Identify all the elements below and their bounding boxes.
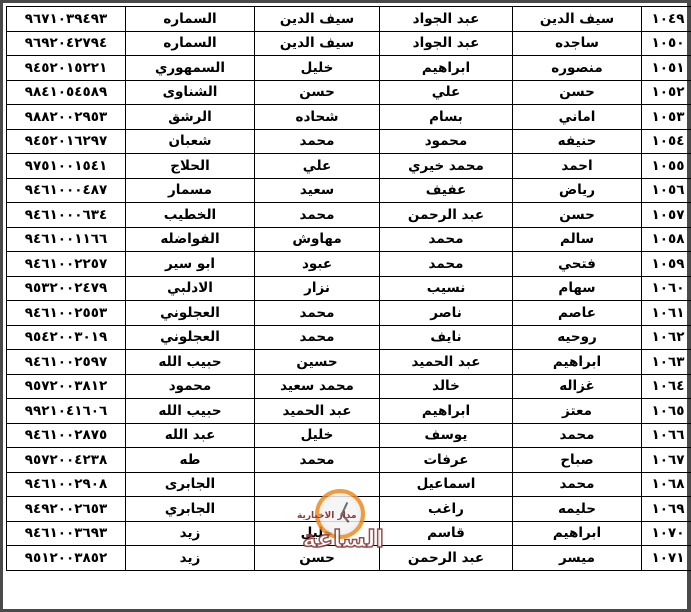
- first-name-cell: حليمه: [513, 497, 642, 522]
- national-id-cell: ٩٧٥١٠٠١٥٤١: [7, 154, 126, 179]
- grandfather-name-cell: سعيد: [255, 178, 380, 203]
- table-row: ١٠٦٣ابراهيمعبد الحميدحسينحبيب الله٩٤٦١٠٠…: [7, 350, 691, 375]
- row-number-cell: ١٠٥٩: [642, 252, 691, 277]
- row-number-cell: ١٠٦٦: [642, 423, 691, 448]
- family-name-cell: العجلوني: [126, 325, 255, 350]
- grandfather-name-cell: [255, 472, 380, 497]
- national-id-cell: ٩٨٤١٠٥٤٥٨٩: [7, 80, 126, 105]
- document-frame: ١٠٤٩سيف الدينعبد الجوادسيف الدينالسماره٩…: [0, 0, 691, 612]
- first-name-cell: حسن: [513, 80, 642, 105]
- national-id-cell: ٩٤٦١٠٠٣٦٩٣: [7, 521, 126, 546]
- row-number-cell: ١٠٤٩: [642, 7, 691, 32]
- table-row: ١٠٦٧صباحعرفاتمحمدطه٩٥٧٢٠٠٤٢٣٨: [7, 448, 691, 473]
- family-name-cell: السماره: [126, 7, 255, 32]
- family-name-cell: السماره: [126, 31, 255, 56]
- grandfather-name-cell: حسن: [255, 546, 380, 571]
- father-name-cell: محمد: [380, 252, 513, 277]
- father-name-cell: محمود: [380, 129, 513, 154]
- father-name-cell: عفيف: [380, 178, 513, 203]
- family-name-cell: زيد: [126, 521, 255, 546]
- father-name-cell: بسام: [380, 105, 513, 130]
- grandfather-name-cell: خليل: [255, 521, 380, 546]
- grandfather-name-cell: حسين: [255, 350, 380, 375]
- row-number-cell: ١٠٥٢: [642, 80, 691, 105]
- row-number-cell: ١٠٦٧: [642, 448, 691, 473]
- family-name-cell: الجابرى: [126, 472, 255, 497]
- row-number-cell: ١٠٥١: [642, 56, 691, 81]
- first-name-cell: محمد: [513, 472, 642, 497]
- father-name-cell: عبد الحميد: [380, 350, 513, 375]
- table-row: ١٠٥٥احمدمحمد خيريعليالحلاج٩٧٥١٠٠١٥٤١: [7, 154, 691, 179]
- table-row: ١٠٤٩سيف الدينعبد الجوادسيف الدينالسماره٩…: [7, 7, 691, 32]
- father-name-cell: عبد الرحمن: [380, 203, 513, 228]
- father-name-cell: ابراهيم: [380, 56, 513, 81]
- grandfather-name-cell: محمد: [255, 325, 380, 350]
- father-name-cell: محمد: [380, 227, 513, 252]
- family-name-cell: شعبان: [126, 129, 255, 154]
- family-name-cell: مسمار: [126, 178, 255, 203]
- national-id-cell: ٩٩٢١٠٤١٦٠٦: [7, 399, 126, 424]
- row-number-cell: ١٠٥٤: [642, 129, 691, 154]
- table-row: ١٠٥٠ساجدهعبد الجوادسيف الدينالسماره٩٦٩٢٠…: [7, 31, 691, 56]
- first-name-cell: حنيفه: [513, 129, 642, 154]
- table-row: ١٠٦٦محمديوسفخليلعبد الله٩٤٦١٠٠٢٨٧٥: [7, 423, 691, 448]
- row-number-cell: ١٠٥٠: [642, 31, 691, 56]
- row-number-cell: ١٠٦٣: [642, 350, 691, 375]
- table-row: ١٠٥٩فتحيمحمدعبودابو سير٩٤٦١٠٠٢٢٥٧: [7, 252, 691, 277]
- grandfather-name-cell: محمد سعيد: [255, 374, 380, 399]
- national-id-cell: ٩٤٦١٠٠٢٢٥٧: [7, 252, 126, 277]
- first-name-cell: سيف الدين: [513, 7, 642, 32]
- father-name-cell: محمد خيري: [380, 154, 513, 179]
- names-table-body: ١٠٤٩سيف الدينعبد الجوادسيف الدينالسماره٩…: [7, 7, 691, 571]
- row-number-cell: ١٠٦٤: [642, 374, 691, 399]
- grandfather-name-cell: نزار: [255, 276, 380, 301]
- father-name-cell: ابراهيم: [380, 399, 513, 424]
- row-number-cell: ١٠٦٨: [642, 472, 691, 497]
- father-name-cell: خالد: [380, 374, 513, 399]
- table-row: ١٠٧٠ابراهيمقاسمخليلزيد٩٤٦١٠٠٣٦٩٣: [7, 521, 691, 546]
- national-id-cell: ٩٥٧٢٠٠٤٢٣٨: [7, 448, 126, 473]
- national-id-cell: ٩٥٤٢٠٠٣٠١٩: [7, 325, 126, 350]
- father-name-cell: نسيب: [380, 276, 513, 301]
- row-number-cell: ١٠٧٠: [642, 521, 691, 546]
- father-name-cell: اسماعيل: [380, 472, 513, 497]
- family-name-cell: زيد: [126, 546, 255, 571]
- row-number-cell: ١٠٥٧: [642, 203, 691, 228]
- family-name-cell: طه: [126, 448, 255, 473]
- father-name-cell: ناصر: [380, 301, 513, 326]
- row-number-cell: ١٠٦٩: [642, 497, 691, 522]
- first-name-cell: روحيه: [513, 325, 642, 350]
- table-row: ١٠٥٣امانيبسامشحادهالرشق٩٨٨٢٠٠٢٩٥٣: [7, 105, 691, 130]
- grandfather-name-cell: سيف الدين: [255, 7, 380, 32]
- national-id-cell: ٩٤٦١٠٠٢٩٠٨: [7, 472, 126, 497]
- row-number-cell: ١٠٥٦: [642, 178, 691, 203]
- national-id-cell: ٩٥١٢٠٠٣٨٥٢: [7, 546, 126, 571]
- first-name-cell: منصوره: [513, 56, 642, 81]
- first-name-cell: ابراهيم: [513, 521, 642, 546]
- grandfather-name-cell: [255, 497, 380, 522]
- table-row: ١٠٦١عاصمناصرمحمدالعجلوني٩٤٦١٠٠٢٥٥٣: [7, 301, 691, 326]
- national-id-cell: ٩٤٩٢٠٠٢٦٥٣: [7, 497, 126, 522]
- table-row: ١٠٦٠سهامنسيبنزارالادلبي٩٥٣٢٠٠٢٤٧٩: [7, 276, 691, 301]
- row-number-cell: ١٠٧١: [642, 546, 691, 571]
- family-name-cell: الحلاج: [126, 154, 255, 179]
- grandfather-name-cell: محمد: [255, 203, 380, 228]
- row-number-cell: ١٠٥٨: [642, 227, 691, 252]
- first-name-cell: ساجده: [513, 31, 642, 56]
- national-id-cell: ٩٦٧١٠٣٩٤٩٣: [7, 7, 126, 32]
- first-name-cell: ميسر: [513, 546, 642, 571]
- national-id-cell: ٩٤٦١٠٠٢٥٥٣: [7, 301, 126, 326]
- family-name-cell: ابو سير: [126, 252, 255, 277]
- national-id-cell: ٩٤٦١٠٠٠٦٣٤: [7, 203, 126, 228]
- table-row: ١٠٥٧حسنعبد الرحمنمحمدالخطيب٩٤٦١٠٠٠٦٣٤: [7, 203, 691, 228]
- grandfather-name-cell: حسن: [255, 80, 380, 105]
- national-id-cell: ٩٤٥٢٠١٦٢٩٧: [7, 129, 126, 154]
- family-name-cell: الخطيب: [126, 203, 255, 228]
- father-name-cell: عبد الجواد: [380, 31, 513, 56]
- family-name-cell: الجابري: [126, 497, 255, 522]
- table-row: ١٠٦٩حليمهراغبالجابري٩٤٩٢٠٠٢٦٥٣: [7, 497, 691, 522]
- father-name-cell: عبد الرحمن: [380, 546, 513, 571]
- family-name-cell: الادلبي: [126, 276, 255, 301]
- family-name-cell: السمهوري: [126, 56, 255, 81]
- grandfather-name-cell: علي: [255, 154, 380, 179]
- national-id-cell: ٩٨٨٢٠٠٢٩٥٣: [7, 105, 126, 130]
- father-name-cell: راغب: [380, 497, 513, 522]
- first-name-cell: ابراهيم: [513, 350, 642, 375]
- grandfather-name-cell: شحاده: [255, 105, 380, 130]
- family-name-cell: العجلوني: [126, 301, 255, 326]
- grandfather-name-cell: خليل: [255, 56, 380, 81]
- row-number-cell: ١٠٥٥: [642, 154, 691, 179]
- table-row: ١٠٥٨سالممحمدمهاوشالفواضله٩٤٦١٠٠١١٦٦: [7, 227, 691, 252]
- father-name-cell: قاسم: [380, 521, 513, 546]
- grandfather-name-cell: محمد: [255, 448, 380, 473]
- grandfather-name-cell: محمد: [255, 301, 380, 326]
- names-table: ١٠٤٩سيف الدينعبد الجوادسيف الدينالسماره٩…: [6, 6, 691, 571]
- family-name-cell: الشناوى: [126, 80, 255, 105]
- first-name-cell: رياض: [513, 178, 642, 203]
- father-name-cell: عبد الجواد: [380, 7, 513, 32]
- table-row: ١٠٥١منصورهابراهيمخليلالسمهوري٩٤٥٢٠١٥٢٢١: [7, 56, 691, 81]
- grandfather-name-cell: خليل: [255, 423, 380, 448]
- national-id-cell: ٩٥٧٢٠٠٣٨١٢: [7, 374, 126, 399]
- grandfather-name-cell: مهاوش: [255, 227, 380, 252]
- grandfather-name-cell: عبد الحميد: [255, 399, 380, 424]
- row-number-cell: ١٠٦١: [642, 301, 691, 326]
- table-row: ١٠٥٤حنيفهمحمودمحمدشعبان٩٤٥٢٠١٦٢٩٧: [7, 129, 691, 154]
- table-row: ١٠٥٦رياضعفيفسعيدمسمار٩٤٦١٠٠٠٤٨٧: [7, 178, 691, 203]
- father-name-cell: عرفات: [380, 448, 513, 473]
- table-row: ١٠٦٥معتزابراهيمعبد الحميدحبيب الله٩٩٢١٠٤…: [7, 399, 691, 424]
- grandfather-name-cell: عبود: [255, 252, 380, 277]
- family-name-cell: حبيب الله: [126, 350, 255, 375]
- row-number-cell: ١٠٥٣: [642, 105, 691, 130]
- first-name-cell: حسن: [513, 203, 642, 228]
- row-number-cell: ١٠٦٠: [642, 276, 691, 301]
- table-row: ١٠٦٤غزالهخالدمحمد سعيدمحمود٩٥٧٢٠٠٣٨١٢: [7, 374, 691, 399]
- national-id-cell: ٩٤٦١٠٠١١٦٦: [7, 227, 126, 252]
- grandfather-name-cell: محمد: [255, 129, 380, 154]
- family-name-cell: الرشق: [126, 105, 255, 130]
- first-name-cell: صباح: [513, 448, 642, 473]
- family-name-cell: حبيب الله: [126, 399, 255, 424]
- family-name-cell: عبد الله: [126, 423, 255, 448]
- first-name-cell: عاصم: [513, 301, 642, 326]
- first-name-cell: محمد: [513, 423, 642, 448]
- national-id-cell: ٩٦٩٢٠٤٢٧٩٤: [7, 31, 126, 56]
- grandfather-name-cell: سيف الدين: [255, 31, 380, 56]
- national-id-cell: ٩٥٣٢٠٠٢٤٧٩: [7, 276, 126, 301]
- first-name-cell: اماني: [513, 105, 642, 130]
- first-name-cell: احمد: [513, 154, 642, 179]
- table-row: ١٠٦٨محمداسماعيلالجابرى٩٤٦١٠٠٢٩٠٨: [7, 472, 691, 497]
- table-row: ١٠٥٢حسنعليحسنالشناوى٩٨٤١٠٥٤٥٨٩: [7, 80, 691, 105]
- table-row: ١٠٦٢روحيهنايفمحمدالعجلوني٩٥٤٢٠٠٣٠١٩: [7, 325, 691, 350]
- table-row: ١٠٧١ميسرعبد الرحمنحسنزيد٩٥١٢٠٠٣٨٥٢: [7, 546, 691, 571]
- father-name-cell: نايف: [380, 325, 513, 350]
- national-id-cell: ٩٤٦١٠٠٠٤٨٧: [7, 178, 126, 203]
- national-id-cell: ٩٤٦١٠٠٢٥٩٧: [7, 350, 126, 375]
- family-name-cell: محمود: [126, 374, 255, 399]
- first-name-cell: معتز: [513, 399, 642, 424]
- row-number-cell: ١٠٦٥: [642, 399, 691, 424]
- national-id-cell: ٩٤٥٢٠١٥٢٢١: [7, 56, 126, 81]
- national-id-cell: ٩٤٦١٠٠٢٨٧٥: [7, 423, 126, 448]
- first-name-cell: سالم: [513, 227, 642, 252]
- row-number-cell: ١٠٦٢: [642, 325, 691, 350]
- father-name-cell: يوسف: [380, 423, 513, 448]
- father-name-cell: علي: [380, 80, 513, 105]
- family-name-cell: الفواضله: [126, 227, 255, 252]
- first-name-cell: غزاله: [513, 374, 642, 399]
- first-name-cell: فتحي: [513, 252, 642, 277]
- first-name-cell: سهام: [513, 276, 642, 301]
